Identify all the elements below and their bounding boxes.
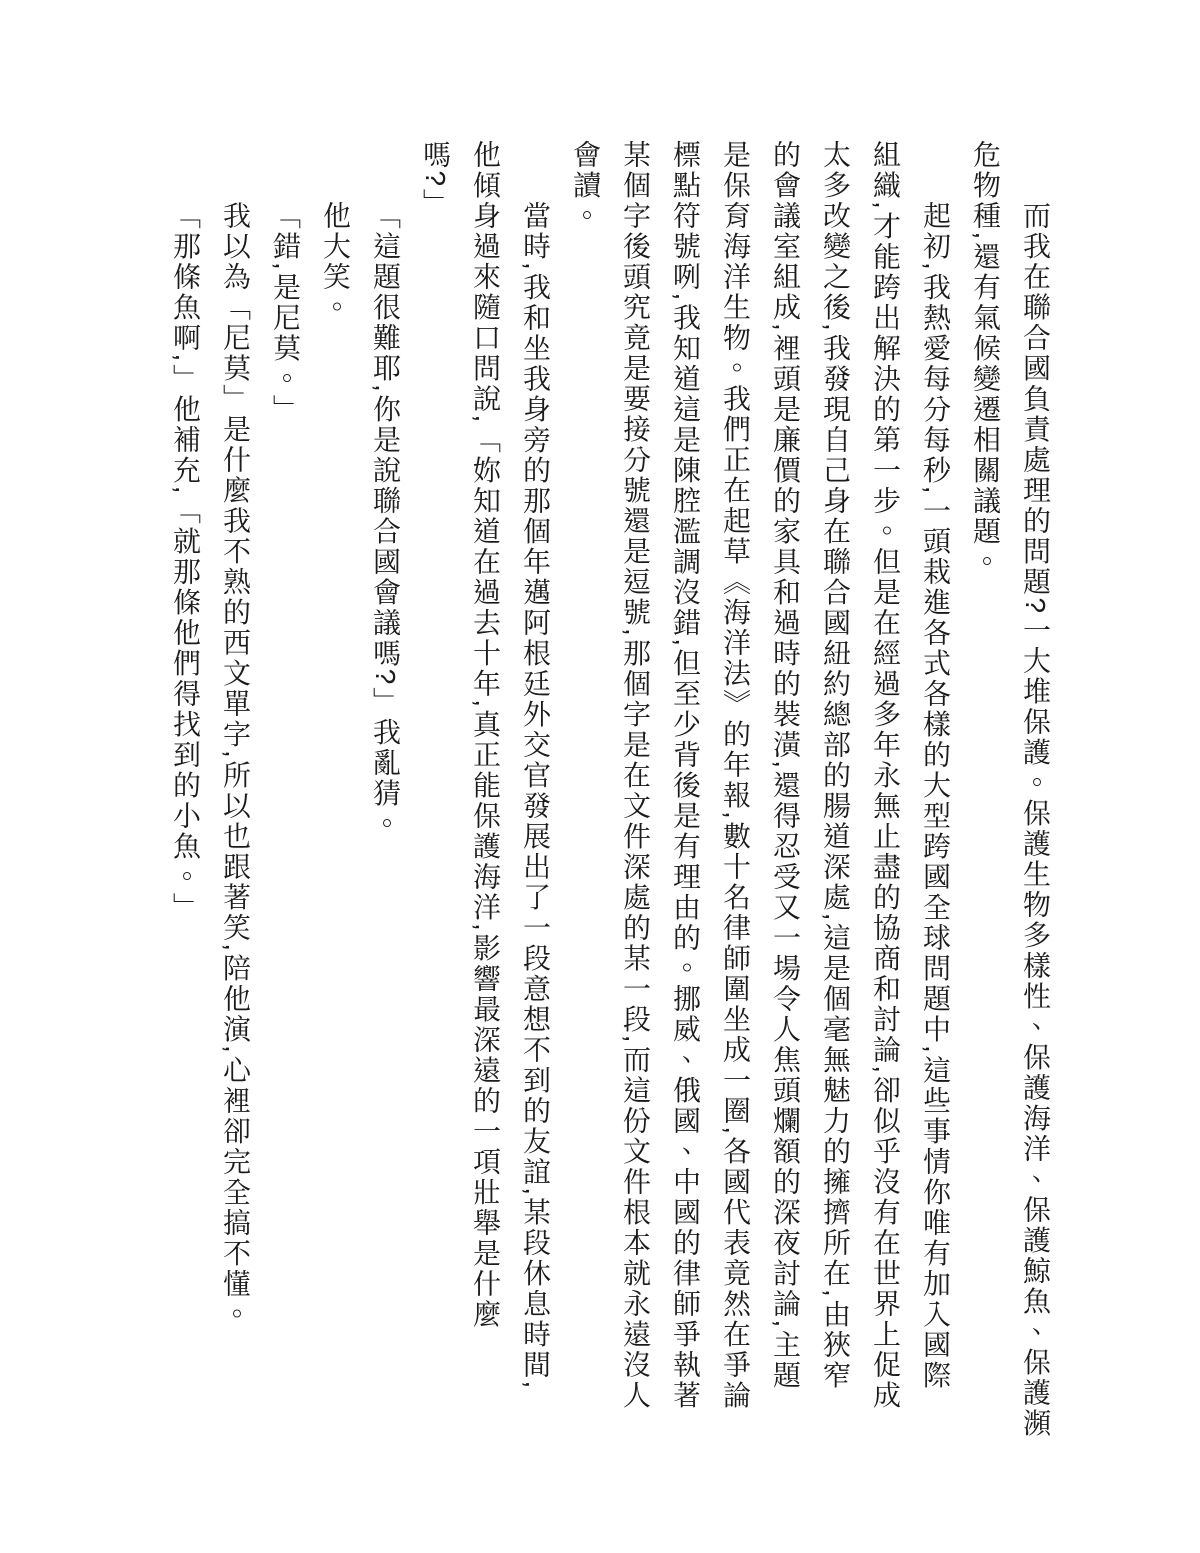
book-page: 而我在聯合國負責處理的問題?一大堆保護。保護生物多樣性、保護海洋、保護鯨魚、保護… <box>0 0 1200 1553</box>
text-column-6: 的會議室組成,裡頭是廉價的家具和過時的裝潢,還得忍受又一場令人焦頭爛額的深夜討論… <box>760 140 810 1475</box>
text-column-8: 標點符號咧,我知道這是陳腔濫調沒錯,但至少背後是有理由的。挪威、俄國、中國的律師… <box>660 140 710 1475</box>
text-column-4: 組織,才能跨出解決的第一步。但是在經過多年永無止盡的協商和討論,卻似乎沒有在世界… <box>860 140 910 1475</box>
text-column-2: 危物種,還有氣候變遷相關議題。 <box>960 140 1010 1475</box>
text-column-17: 我以為「尼莫」是什麼我不熟的西文單字,所以也跟著笑,陪他演,心裡卻完全搞不懂。 <box>210 140 260 1475</box>
text-column-5: 太多改變之後,我發現自己身在聯合國紐約總部的腸道深處,這是個毫無魅力的擁擠所在,… <box>810 140 860 1475</box>
vertical-text-area: 而我在聯合國負責處理的問題?一大堆保護。保護生物多樣性、保護海洋、保護鯨魚、保護… <box>160 140 1060 1475</box>
text-column-18: 「那條魚啊,」他補充,「就那條他們得找到的小魚。」 <box>160 140 210 1475</box>
text-column-3: 起初,我熱愛每分每秒,一頭栽進各式各樣的大型跨國全球問題中,這些事情你唯有加入國… <box>910 140 960 1475</box>
text-column-13: 嗎?」 <box>410 140 460 1475</box>
text-column-11: 當時,我和坐我身旁的那個年邁阿根廷外交官發展出了一段意想不到的友誼,某段休息時間… <box>510 140 560 1475</box>
text-column-14: 「這題很難耶,你是說聯合國會議嗎?」我亂猜。 <box>360 140 410 1475</box>
text-column-1: 而我在聯合國負責處理的問題?一大堆保護。保護生物多樣性、保護海洋、保護鯨魚、保護… <box>1010 140 1060 1475</box>
text-column-16: 「錯,是尼莫。」 <box>260 140 310 1475</box>
text-column-10: 會讀。 <box>560 140 610 1475</box>
text-column-12: 他傾身過來隨口問說,「妳知道在過去十年,真正能保護海洋,影響最深遠的一項壯舉是什… <box>460 140 510 1475</box>
text-column-9: 某個字後頭究竟是要接分號還是逗號,那個字是在文件深處的某一段,而這份文件根本就永… <box>610 140 660 1475</box>
text-column-7: 是保育海洋生物。我們正在起草《海洋法》的年報,數十名律師圍坐成一圈,各國代表竟然… <box>710 140 760 1475</box>
text-column-15: 他大笑。 <box>310 140 360 1475</box>
